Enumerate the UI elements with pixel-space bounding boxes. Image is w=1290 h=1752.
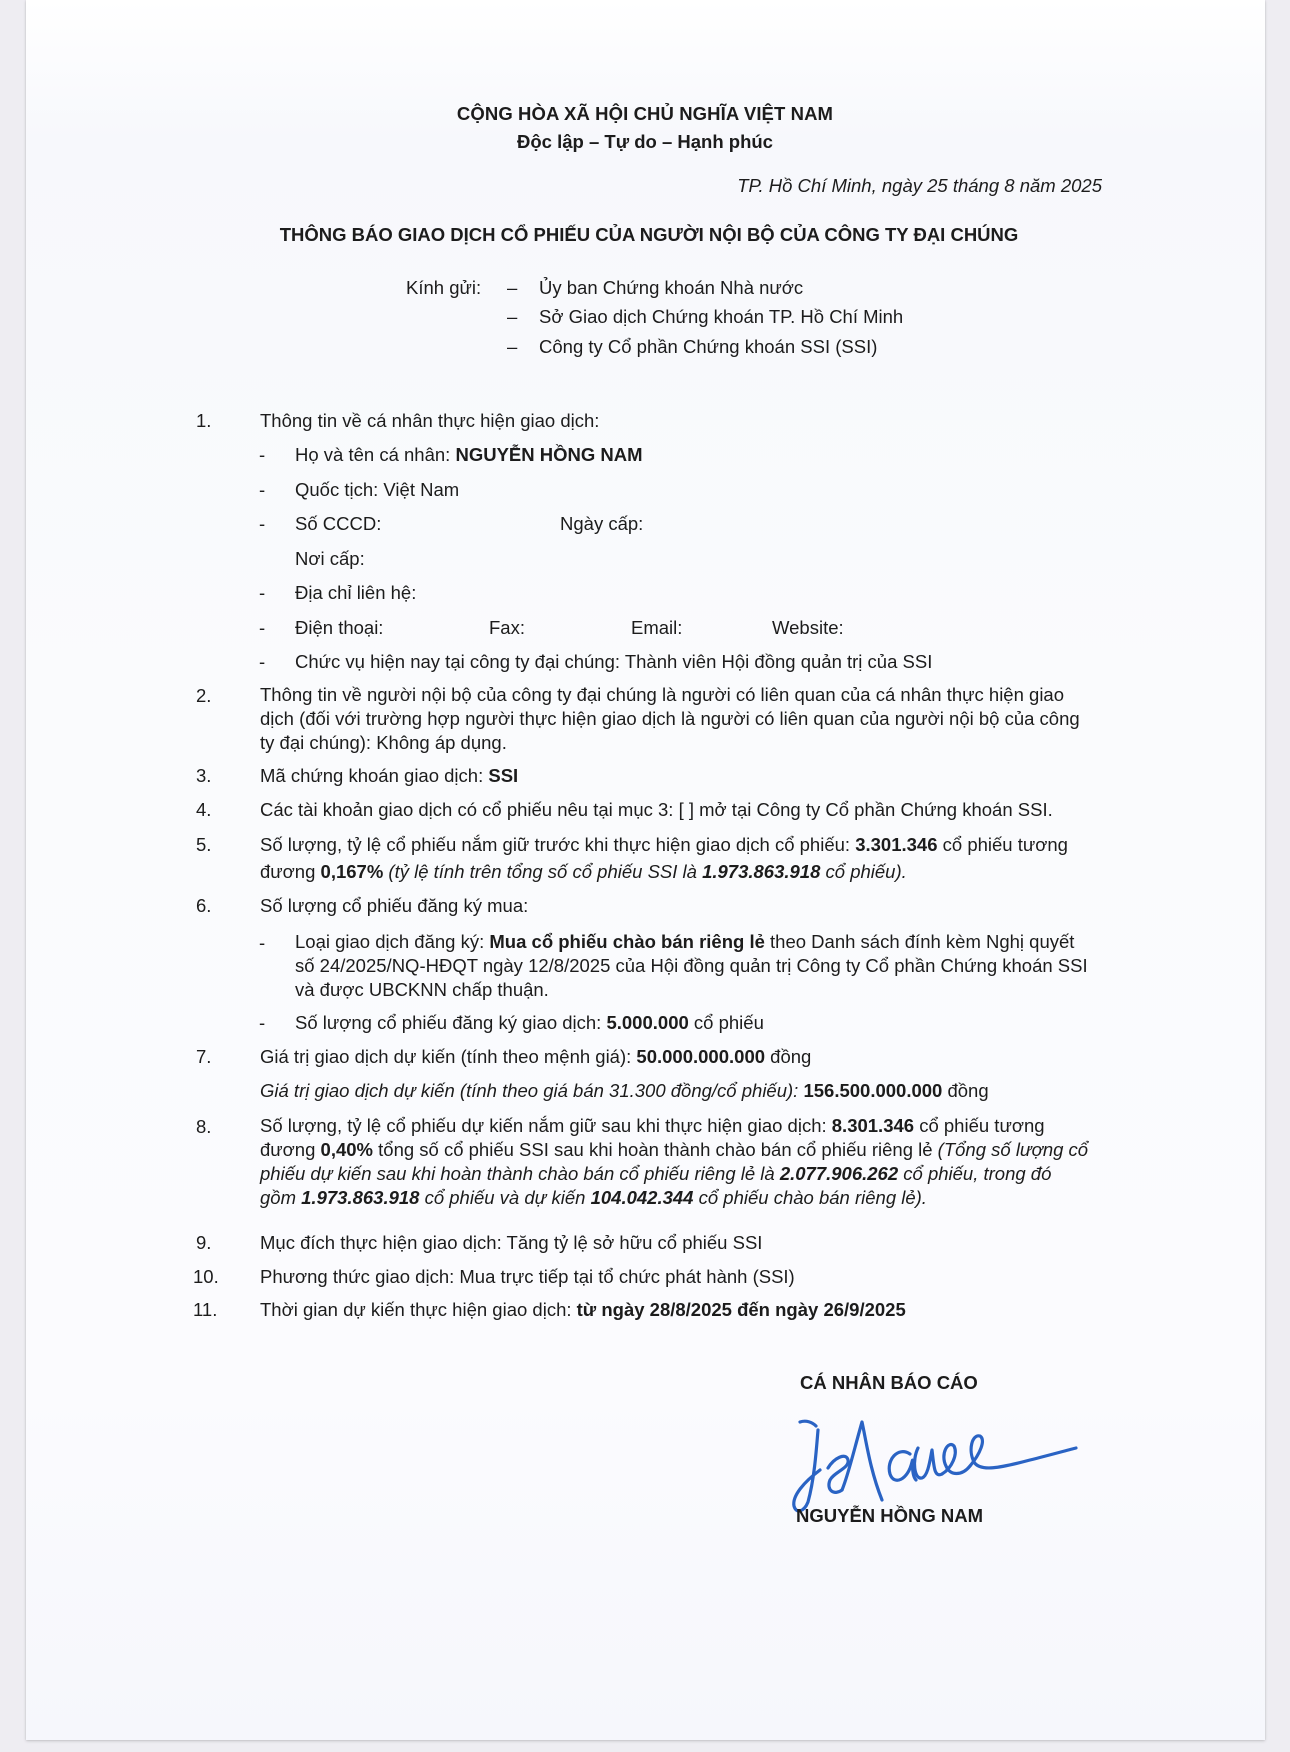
section-number: 5. — [196, 834, 211, 856]
national-title: CỘNG HÒA XÃ HỘI CHỦ NGHĨA VIỆT NAM — [0, 103, 1290, 125]
section-6-heading: Số lượng cổ phiếu đăng ký mua: — [260, 895, 528, 917]
bullet: - — [259, 444, 265, 466]
ticker-value: SSI — [488, 765, 518, 786]
holding-before-ratio: 0,167% — [321, 861, 384, 882]
recipient-dash: – — [507, 306, 517, 328]
section-number: 7. — [196, 1046, 211, 1068]
dateline: TP. Hồ Chí Minh, ngày 25 tháng 8 năm 202… — [737, 175, 1102, 197]
text: cổ phiếu và dự kiến — [419, 1187, 590, 1208]
par-value-label: Giá trị giao dịch dự kiến (tính theo mện… — [260, 1046, 636, 1067]
website-label: Website: — [772, 617, 844, 639]
text: cổ phiếu). — [820, 861, 906, 882]
recipient-item: Sở Giao dịch Chứng khoán TP. Hồ Chí Minh — [539, 306, 903, 328]
text: (tỷ lệ tính trên tổng số cổ phiếu SSI là — [383, 861, 702, 882]
address-label: Địa chỉ liên hệ: — [295, 582, 416, 604]
bullet: - — [259, 617, 265, 639]
document-title: THÔNG BÁO GIAO DỊCH CỔ PHIẾU CỦA NGƯỜI N… — [0, 224, 1290, 246]
bullet: - — [259, 479, 265, 501]
issue-date-label: Ngày cấp: — [560, 513, 643, 535]
id-label: Số CCCD: — [295, 513, 381, 535]
par-value-row: Giá trị giao dịch dự kiến (tính theo mện… — [260, 1046, 811, 1068]
total-shares: 1.973.863.918 — [702, 861, 820, 882]
section-9-text: Mục đích thực hiện giao dịch: Tăng tỷ lệ… — [260, 1232, 762, 1254]
bullet: - — [259, 651, 265, 673]
section-number: 8. — [196, 1116, 211, 1138]
registered-quantity-value: 5.000.000 — [606, 1012, 688, 1033]
section-8-text: Số lượng, tỷ lệ cổ phiếu dự kiến nắm giữ… — [260, 1114, 1092, 1210]
section-3-text: Mã chứng khoán giao dịch: SSI — [260, 765, 518, 787]
handwritten-signature-icon — [790, 1410, 1080, 1520]
offer-price-label: Giá trị giao dịch dự kiến (tính theo giá… — [260, 1080, 803, 1101]
bullet: - — [259, 932, 265, 954]
holding-after-ratio: 0,40% — [321, 1139, 373, 1160]
nationality: Quốc tịch: Việt Nam — [295, 479, 459, 501]
holding-after-label: Số lượng, tỷ lệ cổ phiếu dự kiến nắm giữ… — [260, 1115, 832, 1136]
new-shares: 104.042.344 — [591, 1187, 694, 1208]
text: cổ phiếu — [689, 1012, 764, 1033]
phone-label: Điện thoại: — [295, 617, 383, 639]
total-shares-after: 2.077.906.262 — [780, 1163, 898, 1184]
total-shares-before: 1.973.863.918 — [301, 1187, 419, 1208]
period-label: Thời gian dự kiến thực hiện giao dịch: — [260, 1299, 577, 1320]
holding-after-shares: 8.301.346 — [832, 1115, 914, 1136]
issue-place-label: Nơi cấp: — [295, 548, 365, 570]
bullet: - — [259, 582, 265, 604]
registered-quantity-label: Số lượng cổ phiếu đăng ký giao dịch: — [295, 1012, 606, 1033]
section-number: 4. — [196, 799, 211, 821]
holding-before-label: Số lượng, tỷ lệ cổ phiếu nắm giữ trước k… — [260, 834, 855, 855]
offer-price-amount: 156.500.000.000 — [803, 1080, 942, 1101]
section-11-text: Thời gian dự kiến thực hiện giao dịch: t… — [260, 1299, 906, 1321]
section-2-text: Thông tin về người nội bộ của công ty đạ… — [260, 683, 1092, 755]
section-1-heading: Thông tin về cá nhân thực hiện giao dịch… — [260, 410, 599, 432]
recipient-dash: – — [507, 277, 517, 299]
signatory-title: CÁ NHÂN BÁO CÁO — [800, 1372, 978, 1394]
recipient-item: Công ty Cổ phần Chứng khoán SSI (SSI) — [539, 336, 877, 358]
transaction-type: Loại giao dịch đăng ký: Mua cổ phiếu chà… — [295, 930, 1092, 1002]
transaction-type-label: Loại giao dịch đăng ký: — [295, 931, 489, 952]
bullet: - — [259, 1012, 265, 1034]
section-4-text: Các tài khoản giao dịch có cổ phiếu nêu … — [260, 799, 1053, 821]
text: cổ phiếu chào bán riêng lẻ). — [693, 1187, 926, 1208]
section-number: 3. — [196, 765, 211, 787]
signatory-name: NGUYỄN HỒNG NAM — [796, 1505, 983, 1527]
person-name-label: Họ và tên cá nhân: — [295, 444, 455, 465]
recipient-item: Ủy ban Chứng khoán Nhà nước — [539, 277, 803, 299]
par-value-amount: 50.000.000.000 — [636, 1046, 765, 1067]
section-number: 6. — [196, 895, 211, 917]
position: Chức vụ hiện nay tại công ty đại chúng: … — [295, 651, 932, 673]
ticker-label: Mã chứng khoán giao dịch: — [260, 765, 488, 786]
section-number: 1. — [196, 410, 211, 432]
transaction-type-value: Mua cổ phiếu chào bán riêng lẻ — [489, 931, 765, 952]
section-number: 2. — [196, 685, 211, 707]
recipient-dash: – — [507, 336, 517, 358]
recipients-label: Kính gửi: — [406, 277, 481, 299]
bullet: - — [259, 513, 265, 535]
national-motto: Độc lập – Tự do – Hạnh phúc — [0, 131, 1290, 153]
text: đồng — [942, 1080, 988, 1101]
person-name-row: Họ và tên cá nhân: NGUYỄN HỒNG NAM — [295, 444, 643, 466]
section-5-text: Số lượng, tỷ lệ cổ phiếu nắm giữ trước k… — [260, 831, 1092, 885]
section-number: 11. — [193, 1299, 217, 1321]
text: đồng — [765, 1046, 811, 1067]
email-label: Email: — [631, 617, 682, 639]
section-number: 9. — [196, 1232, 211, 1254]
fax-label: Fax: — [489, 617, 525, 639]
text: tổng số cổ phiếu SSI sau khi hoàn thành … — [373, 1139, 938, 1160]
person-name-value: NGUYỄN HỒNG NAM — [455, 444, 642, 465]
registered-quantity: Số lượng cổ phiếu đăng ký giao dịch: 5.0… — [295, 1012, 764, 1034]
section-10-text: Phương thức giao dịch: Mua trực tiếp tại… — [260, 1266, 795, 1288]
period-value: từ ngày 28/8/2025 đến ngày 26/9/2025 — [577, 1299, 906, 1320]
section-number: 10. — [193, 1266, 219, 1288]
holding-before-shares: 3.301.346 — [855, 834, 937, 855]
offer-price-row: Giá trị giao dịch dự kiến (tính theo giá… — [260, 1080, 989, 1102]
